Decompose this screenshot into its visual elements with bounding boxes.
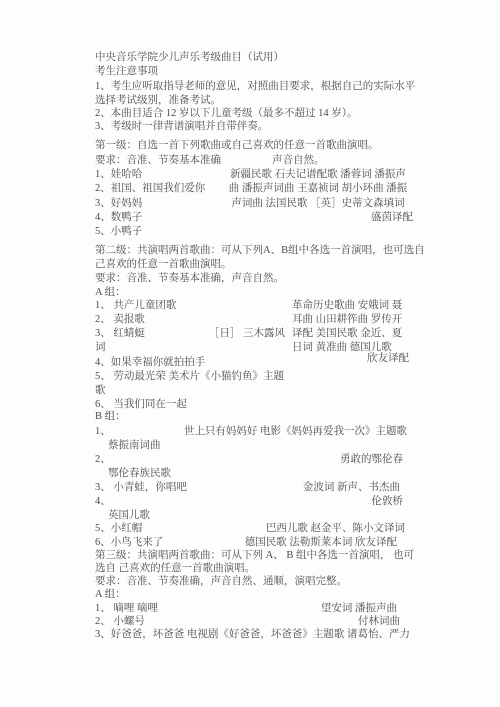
song-item: 2、 卖报歌 [95,313,145,327]
level1-requirement-right: 声音自然。 [272,154,325,168]
level2-heading: 第二级：共演唱两首歌曲：可从下列A、B组中各选一首演唱，也可选自 [95,244,425,258]
song-item: 2、 勇敢的鄂伦春 [95,453,412,467]
song-item: 1、 嘀哩 嘀哩 望安词 潘振声曲 [95,602,412,616]
level2-groupB-label: B 组： [95,410,126,424]
song-item: 5、小鸭子 [95,225,142,239]
doc-title: 中央音乐学院少儿声乐考级曲目（试用） [95,51,284,65]
level1-requirement: 要求：音准、节奏基本准确 [95,154,221,168]
song-item: 4、 伦敦桥 [95,495,412,509]
level2-heading-wrap: 己喜欢的任意一首歌曲演唱。 [95,258,232,272]
song-title: 6、小鸟飞来了 [95,536,163,550]
song-item: 3、好爸爸，坏爸爸 电视剧《好爸爸，坏爸爸》主题歌 诸葛怡、严力 [95,628,410,642]
song-item: 1、 世上只有妈妈好 电影《妈妈再爱我一次》主题歌 [95,425,412,439]
song-item-wrap: 鄂伦春族民歌 [108,467,171,481]
credit-line: 译配 美国民歌 金近、夏 [292,327,409,341]
credit-line: 曲 潘振声词曲 王嘉祯词 胡小环曲 潘振 [223,182,413,196]
song-title: 5、小红帽 [95,522,142,536]
song-item: 4、数鸭子 [95,211,142,225]
song-number: 2、 [95,453,111,467]
song-credit: 德国民歌 法勒斯莱本词 欣友译配 [245,536,397,550]
song-title: 1、 嘀哩 嘀哩 [95,602,158,616]
credit-line: 新疆民歌 石夫记谱配歌 潘蓉词 潘振声 [223,168,413,182]
notice-heading: 考生注意事项 [95,65,158,79]
song-title: 3、 红蜻蜓 [95,327,145,341]
song-title: 勇敢的鄂伦春 [340,453,403,467]
credit-line: 革命历史歌曲 安娥词 聂 [292,299,409,313]
song-item-wrap: 词 [95,341,106,355]
song-item: 6、小鸟飞来了 德国民歌 法勒斯莱本词 欣友译配 [95,536,412,550]
song-number: 1、 [95,425,111,439]
song-credit: 付林词曲 [358,615,400,629]
song-credit: 金波词 新声、书杰曲 [303,481,400,495]
song-credit: 望安词 潘振声曲 [321,602,397,616]
song-title: 2、 小螺号 [95,615,145,629]
song-item: 2、祖国、祖国我们爱你 [95,182,205,196]
credit-line: 声词曲 法国民歌 ［英］史蒂文森填词 [223,197,413,211]
level2-requirement: 要求：音准、节奏基本准确，声音自然。 [95,272,284,286]
song-item-wrap: 蔡振南词曲 [108,439,161,453]
song-item-wrap: 英国儿歌 [108,509,150,523]
song-item: 5、 劳动最光荣 美术片《小猫钓鱼》主题 [95,370,284,384]
song-title: 伦敦桥 [372,495,404,509]
song-item: 3、好妈妈 [95,197,142,211]
song-item: 1、娃哈哈 [95,168,142,182]
notice-line-1b: 选择考试级别，准备考试。 [95,94,221,108]
song-number: 4、 [95,495,111,509]
notice-line-1: 1、考生应听取指导老师的意见，对照曲目要求，根据自己的实际水平 [95,80,415,94]
credit-line: 盛茵译配 [223,211,413,225]
level2-groupA-label: A 组： [95,286,126,300]
notice-line-3: 3、考级时一律背谱演唱并自带伴奏。 [95,120,268,134]
credit-line: 耳曲 山田耕筰曲 罗传开 [292,313,409,327]
song-item: 3、 小青蛙，你唱吧 金波词 新声、书杰曲 [95,481,412,495]
song-item: 4、如果幸福你就拍拍手 [95,356,205,370]
credit-line: 欣友译配 [292,352,409,366]
level3-groupA-label: A 组： [95,588,126,602]
song-credit: ［日］ 三木露风 [209,327,285,341]
level1-heading: 第一级：自选一首下列歌曲或自己喜欢的任意一首歌曲演唱。 [95,139,379,153]
song-credit: 巴西儿歌 赵金平、陈小文译词 [266,522,405,536]
level3-requirement: 要求：音准、节奏准确，声音自然、通顺，演唱完整。 [95,575,347,589]
song-item: 3、 红蜻蜓 ［日］ 三木露风 [95,327,285,341]
document-page: 中央音乐学院少儿声乐考级曲目（试用） 考生注意事项 1、考生应听取指导老师的意见… [0,0,500,707]
song-title: 世上只有妈妈好 电影《妈妈再爱我一次》主题歌 [184,425,407,439]
song-item: 1、 共产儿童团歌 [95,299,176,313]
song-item: 5、小红帽 巴西儿歌 赵金平、陈小文译词 [95,522,412,536]
song-item-wrap: 歌 [95,384,106,398]
notice-line-2: 2、本曲目适合 12 岁以下儿童考级（最多不超过 14 岁）。 [95,107,358,121]
level3-heading-wrap: 选自 己喜欢的任意一首歌曲演唱。 [95,562,255,576]
level3-heading: 第三级：共演唱两首歌曲：可从下列 A、 B 组中各选一首演唱， 也可 [95,549,414,563]
song-item: 2、 小螺号 付林词曲 [95,615,412,629]
song-title: 3、 小青蛙，你唱吧 [95,481,187,495]
